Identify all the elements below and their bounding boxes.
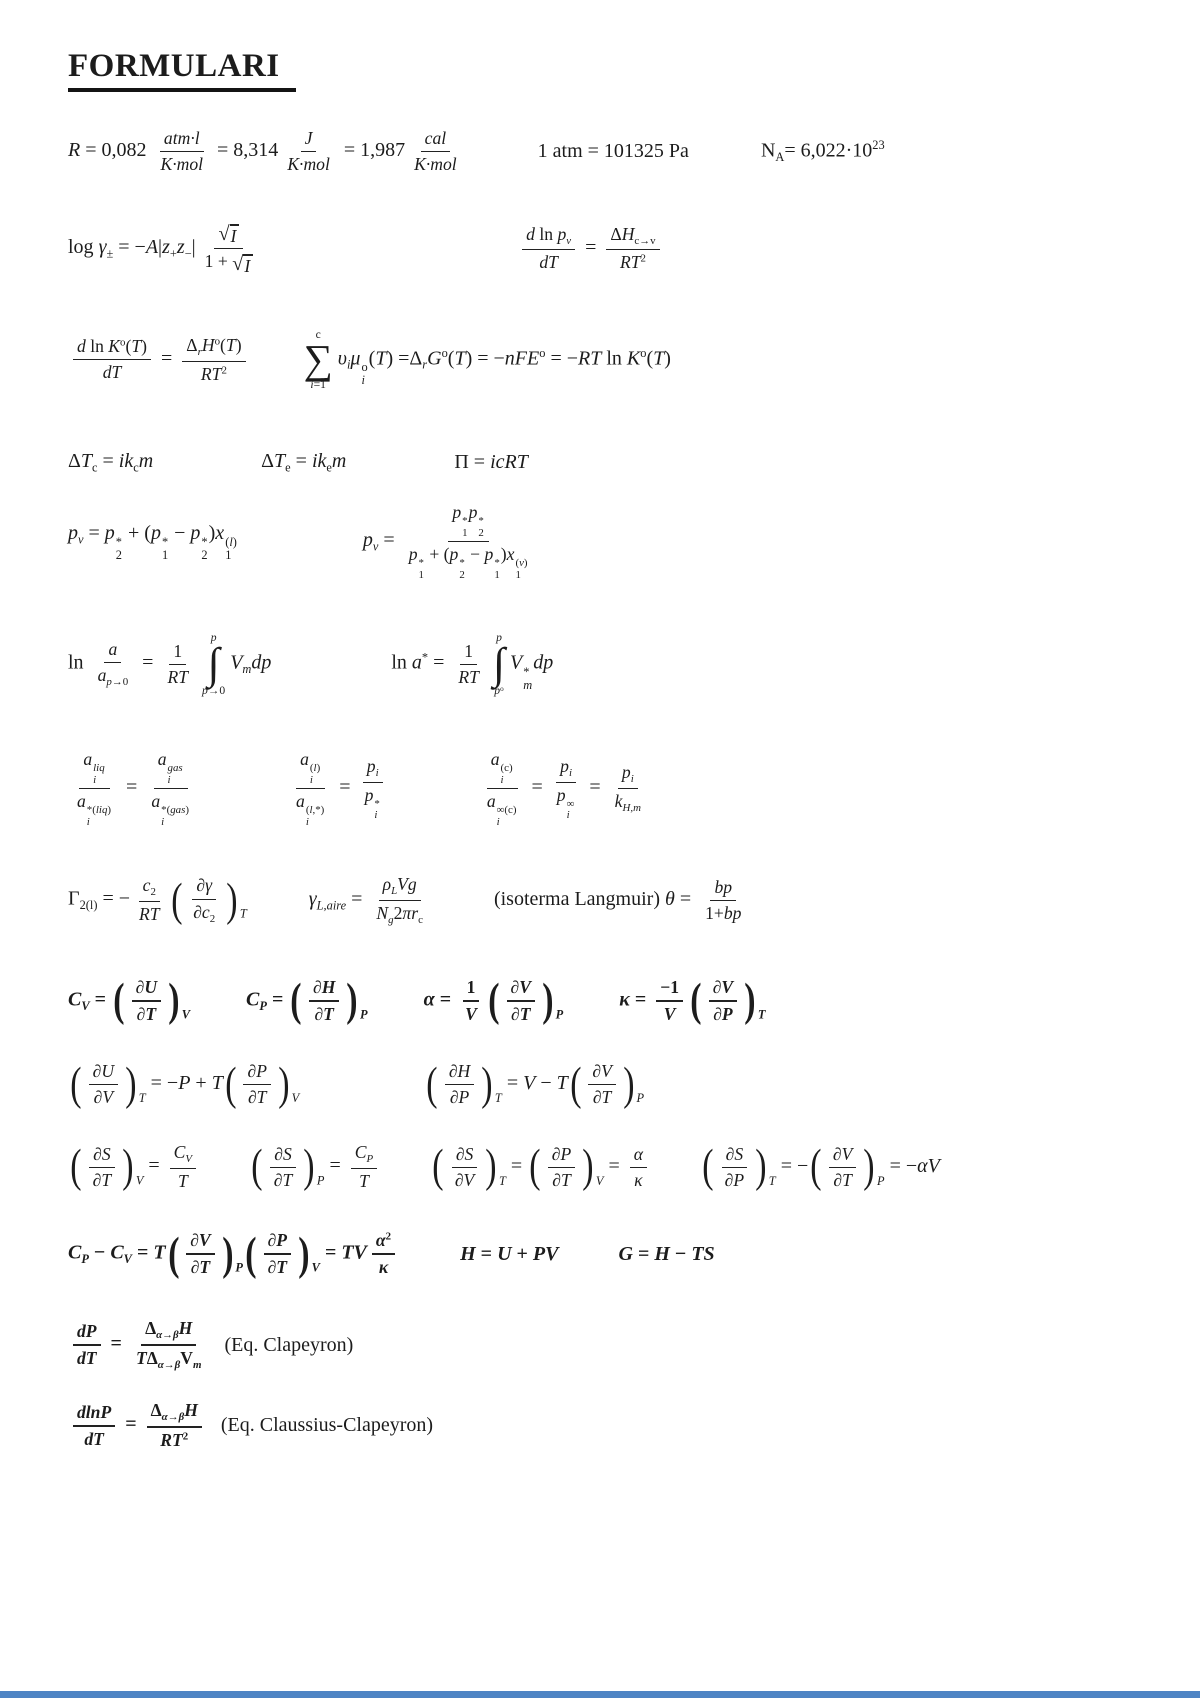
eq-raoult-vapor: pv = p*1p*2p*1 + (p*2 − p*1)x(v)1 (363, 502, 538, 581)
eq-activity-pure: ln a* = 1RTp∫poV*mdp (391, 631, 553, 697)
eq-activity-raoult-reference: a(l)ia(l,*)i = pip*i (287, 749, 390, 828)
eq-vant-hoff: d ln Ko(T)dT = ΔrHo(T)RT2 (68, 335, 251, 385)
document-page: FORMULARI R = 0,082 atm·lK·mol = 8,314JK… (0, 0, 1200, 1698)
label-clausius-clapeyron: (Eq. Claussius-Clapeyron) (221, 1413, 433, 1438)
eq-thermal-expansion-alpha: α = 1V(∂V∂T)P (424, 977, 564, 1025)
eq-heat-capacity-cp: CP = (∂H∂T)P (246, 977, 368, 1025)
eq-entropy-temperature-p: (∂S∂T)P = CPT (249, 1142, 382, 1192)
page-title: FORMULARI (68, 48, 296, 92)
eq-raoult-liquid: pv = p*2 + (p*1 − p*2)x(l)1 (68, 521, 238, 562)
eq-gas-constant: R = 0,082 atm·lK·mol = 8,314JK·mol = 1,9… (68, 128, 466, 175)
formula-row: d ln Ko(T)dT = ΔrHo(T)RT2c∑i=1υiμoi(T) =… (68, 328, 1160, 392)
eq-isothermal-enthalpy-pressure: (∂H∂P)T = V − T(∂V∂T)P (424, 1061, 644, 1108)
eq-gibbs-adsorption: Γ2(l) = −c2RT(∂γ∂c2)T (68, 875, 247, 925)
eq-maxwell-entropy-pressure: (∂S∂P)T = −(∂V∂T)P = −αV (700, 1144, 940, 1191)
footer-accent-bar (0, 1691, 1200, 1698)
formula-row: (∂U∂V)T = −P + T(∂P∂T)V(∂H∂P)T = V − T(∂… (68, 1061, 1160, 1108)
eq-activity-liq-gas: aliqia*(liq)i = agasia*(gas)i (68, 749, 199, 828)
eq-osmotic-pressure: Π = icRT (454, 450, 528, 475)
eq-surface-tension-capillary: γL,aire = ρLVgNg2πrc (309, 874, 432, 927)
eq-debye-huckel: log γ± = −A|z+z−|√I1 + √I (68, 221, 262, 276)
formula-row: Γ2(l) = −c2RT(∂γ∂c2)TγL,aire = ρLVgNg2πr… (68, 874, 1160, 927)
formula-row: (∂S∂T)V = CVT(∂S∂T)P = CPT(∂S∂V)T = (∂P∂… (68, 1142, 1160, 1192)
eq-clapeyron: dPdT = Δα→βHTΔα→βVm (68, 1318, 210, 1372)
label-clapeyron: (Eq. Clapeyron) (224, 1333, 353, 1358)
eq-vapor-pressure-temperature: d ln pvdT = ΔHc→vRT2 (517, 224, 664, 274)
eq-ebullioscopic: ΔTe = ikem (261, 449, 346, 476)
eq-langmuir-isotherm: (isoterma Langmuir) θ = bp1+bp (494, 877, 751, 924)
eq-heat-capacity-cv: CV = (∂U∂T)V (68, 977, 190, 1025)
formula-row: CP − CV = T(∂V∂T)P(∂P∂T)V = TVα2κH = U +… (68, 1230, 1160, 1278)
eq-cp-minus-cv: CP − CV = T(∂V∂T)P(∂P∂T)V = TVα2κ (68, 1230, 400, 1278)
text-avogadro-number: NA= 6,022·1023 (761, 138, 885, 165)
formula-row: dPdT = Δα→βHTΔα→βVm(Eq. Clapeyron) (68, 1318, 1160, 1372)
eq-compressibility-kappa: κ = −1V(∂V∂P)T (619, 977, 765, 1025)
summation-icon: ∑ (304, 341, 333, 378)
radical-icon: √ (218, 224, 229, 244)
formula-row: R = 0,082 atm·lK·mol = 8,314JK·mol = 1,9… (68, 128, 1160, 175)
eq-chemical-potential-emf: c∑i=1υiμoi(T) =ΔrGo(T) = −nFEo = −RT ln … (299, 328, 671, 392)
formula-row: pv = p*2 + (p*1 − p*2)x(l)1pv = p*1p*2p*… (68, 502, 1160, 581)
formula-row: ΔTc = ikcmΔTe = ikemΠ = icRT (68, 449, 1160, 476)
eq-cryoscopic: ΔTc = ikcm (68, 449, 153, 476)
eq-activity-pressure: ln aap→0 = 1RTp∫p→0Vmdp (68, 631, 271, 697)
integral-icon: ∫ (493, 644, 505, 684)
formula-row: CV = (∂U∂T)VCP = (∂H∂T)Pα = 1V(∂V∂T)Pκ =… (68, 977, 1160, 1025)
text-atm-conversion: 1 atm = 101325 Pa (538, 139, 689, 164)
integral-icon: ∫ (208, 644, 220, 684)
formula-row: ln aap→0 = 1RTp∫p→0Vmdpln a* = 1RTp∫poV*… (68, 631, 1160, 697)
eq-enthalpy-definition: H = U + PV (460, 1242, 558, 1267)
formula-row: dlnPdT = Δα→βHRT2(Eq. Claussius-Clapeyro… (68, 1400, 1160, 1451)
formula-row: aliqia*(liq)i = agasia*(gas)ia(l)ia(l,*)… (68, 749, 1160, 828)
eq-gibbs-definition: G = H − TS (618, 1242, 714, 1267)
eq-internal-pressure: (∂U∂V)T = −P + T(∂P∂T)V (68, 1061, 299, 1108)
eq-activity-henry-reference: a(c)ia∞(c)i = pip∞i = pikH,m (478, 749, 650, 828)
formula-rows: R = 0,082 atm·lK·mol = 8,314JK·mol = 1,9… (68, 128, 1160, 1451)
formula-row: log γ± = −A|z+z−|√I1 + √Id ln pvdT = ΔHc… (68, 221, 1160, 276)
eq-maxwell-entropy-volume: (∂S∂V)T = (∂P∂T)V = ακ (430, 1144, 652, 1191)
formula-sheet: FORMULARI R = 0,082 atm·lK·mol = 8,314JK… (0, 0, 1200, 1451)
eq-clausius-clapeyron: dlnPdT = Δα→βHRT2 (68, 1400, 207, 1451)
eq-entropy-temperature-v: (∂S∂T)V = CVT (68, 1142, 201, 1192)
radical-icon: √ (232, 254, 243, 274)
